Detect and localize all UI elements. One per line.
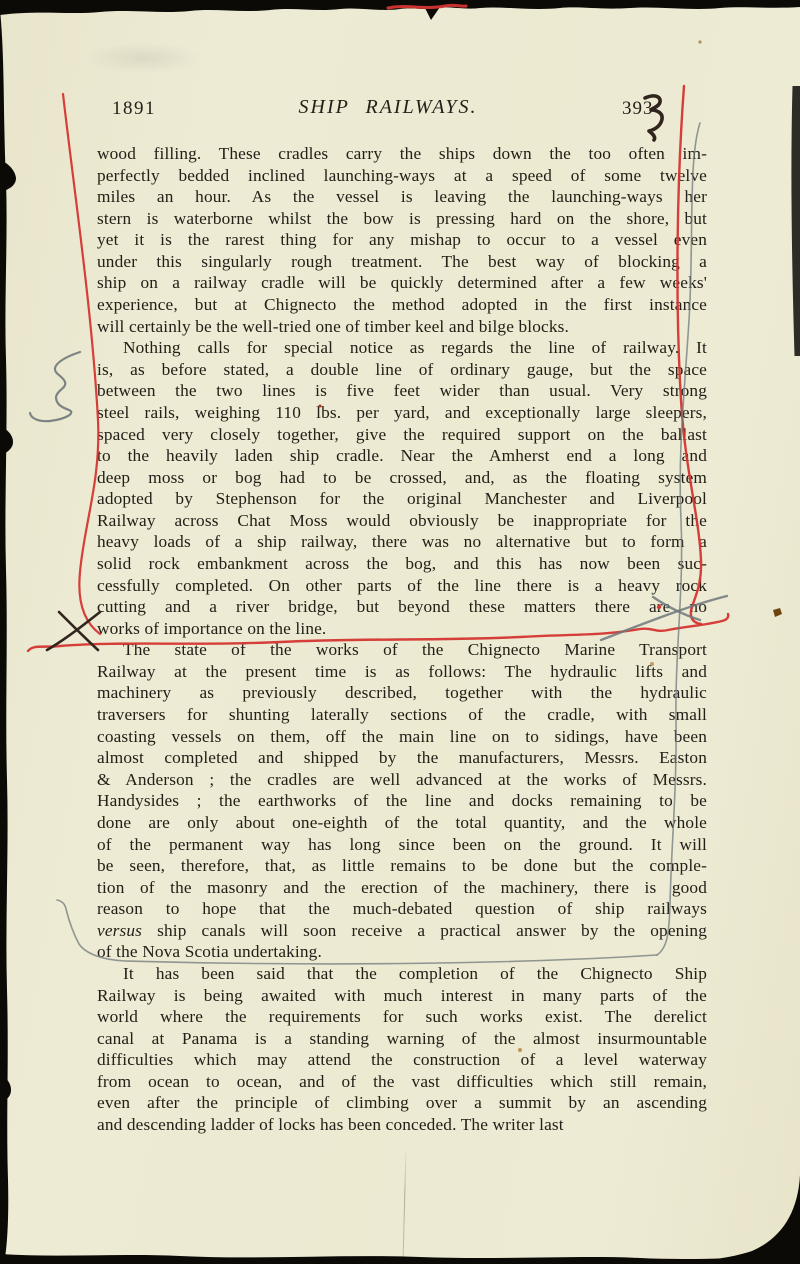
text-line: Nothing calls for special notice as rega… <box>97 337 707 359</box>
text-line: yet it is the rarest thing for any misha… <box>97 229 707 251</box>
page-content: 1891 SHIP RAILWAYS. 393 wood filling. Th… <box>0 0 800 1264</box>
text-line: almost completed and shipped by the manu… <box>97 747 707 769</box>
text-line: coasting vessels on them, off the main l… <box>97 726 707 748</box>
text-line: cessfully completed. On other parts of t… <box>97 575 707 597</box>
text-line: Railway across Chat Moss would obviously… <box>97 510 707 532</box>
page-number: 393 <box>622 98 654 120</box>
text-line: world where the requirements for such wo… <box>97 1006 707 1028</box>
text-line: steel rails, weighing 110 lbs. per yard,… <box>97 402 707 424</box>
paragraph: It has been said that the completion of … <box>97 963 707 1136</box>
text-line: between the two lines is five feet wider… <box>97 380 707 402</box>
text-line: machinery as previously described, toget… <box>97 682 707 704</box>
text-line: even after the principle of climbing ove… <box>97 1092 707 1114</box>
text-line: The state of the works of the Chignecto … <box>97 639 707 661</box>
text-line: Handysides ; the earthworks of the line … <box>97 790 707 812</box>
text-line: stern is waterborne whilst the bow is pr… <box>97 208 707 230</box>
paragraph: wood filling. These cradles carry the sh… <box>97 143 707 337</box>
text-line: of the Nova Scotia undertaking. <box>97 941 707 963</box>
text-line: experience, but at Chignecto the method … <box>97 294 707 316</box>
text-line: will certainly be the well-tried one of … <box>97 316 707 338</box>
text-line: Railway is being awaited with much inter… <box>97 985 707 1007</box>
text-line: from ocean to ocean, and of the vast dif… <box>97 1071 707 1093</box>
body-text: wood filling. These cradles carry the sh… <box>97 143 707 1136</box>
text-line: heavy loads of a ship railway, there was… <box>97 531 707 553</box>
text-line: deep moss or bog had to be crossed, and,… <box>97 467 707 489</box>
text-line: traversers for shunting laterally sectio… <box>97 704 707 726</box>
text-line: wood filling. These cradles carry the sh… <box>97 143 707 165</box>
text-line: perfectly bedded inclined launching-ways… <box>97 165 707 187</box>
text-line: cutting and a river bridge, but beyond t… <box>97 596 707 618</box>
text-line: solid rock embankment across the bog, an… <box>97 553 707 575</box>
text-line: to the heavily laden ship cradle. Near t… <box>97 445 707 467</box>
text-line: is, as before stated, a double line of o… <box>97 359 707 381</box>
text-line: & Anderson ; the cradles are well advanc… <box>97 769 707 791</box>
paragraph: The state of the works of the Chignecto … <box>97 639 707 963</box>
text-line: under this singularly rough treatment. T… <box>97 251 707 273</box>
text-line: of the permanent way has long since been… <box>97 834 707 856</box>
text-line: canal at Panama is a standing warning of… <box>97 1028 707 1050</box>
text-line: ship on a railway cradle will be quickly… <box>97 272 707 294</box>
text-line: and descending ladder of locks has been … <box>97 1114 707 1136</box>
text-line: works of importance on the line. <box>97 618 707 640</box>
text-line: spaced very closely together, give the r… <box>97 424 707 446</box>
text-line: versus ship canals will soon receive a p… <box>97 920 707 942</box>
text-line: Railway at the present time is as follow… <box>97 661 707 683</box>
text-line: It has been said that the completion of … <box>97 963 707 985</box>
scanned-book-page: 1891 SHIP RAILWAYS. 393 wood filling. Th… <box>0 0 800 1264</box>
paragraph: Nothing calls for special notice as rega… <box>97 337 707 639</box>
text-line: done are only about one-eighth of the to… <box>97 812 707 834</box>
text-line: adopted by Stephenson for the original M… <box>97 488 707 510</box>
text-line: be seen, therefore, that, as little rema… <box>97 855 707 877</box>
text-line: tion of the masonry and the erection of … <box>97 877 707 899</box>
header-year: 1891 <box>112 98 156 120</box>
text-line: difficulties which may attend the constr… <box>97 1049 707 1071</box>
page-title: SHIP RAILWAYS. <box>299 96 478 119</box>
text-line: reason to hope that the much-debated que… <box>97 898 707 920</box>
text-line: miles an hour. As the vessel is leaving … <box>97 186 707 208</box>
